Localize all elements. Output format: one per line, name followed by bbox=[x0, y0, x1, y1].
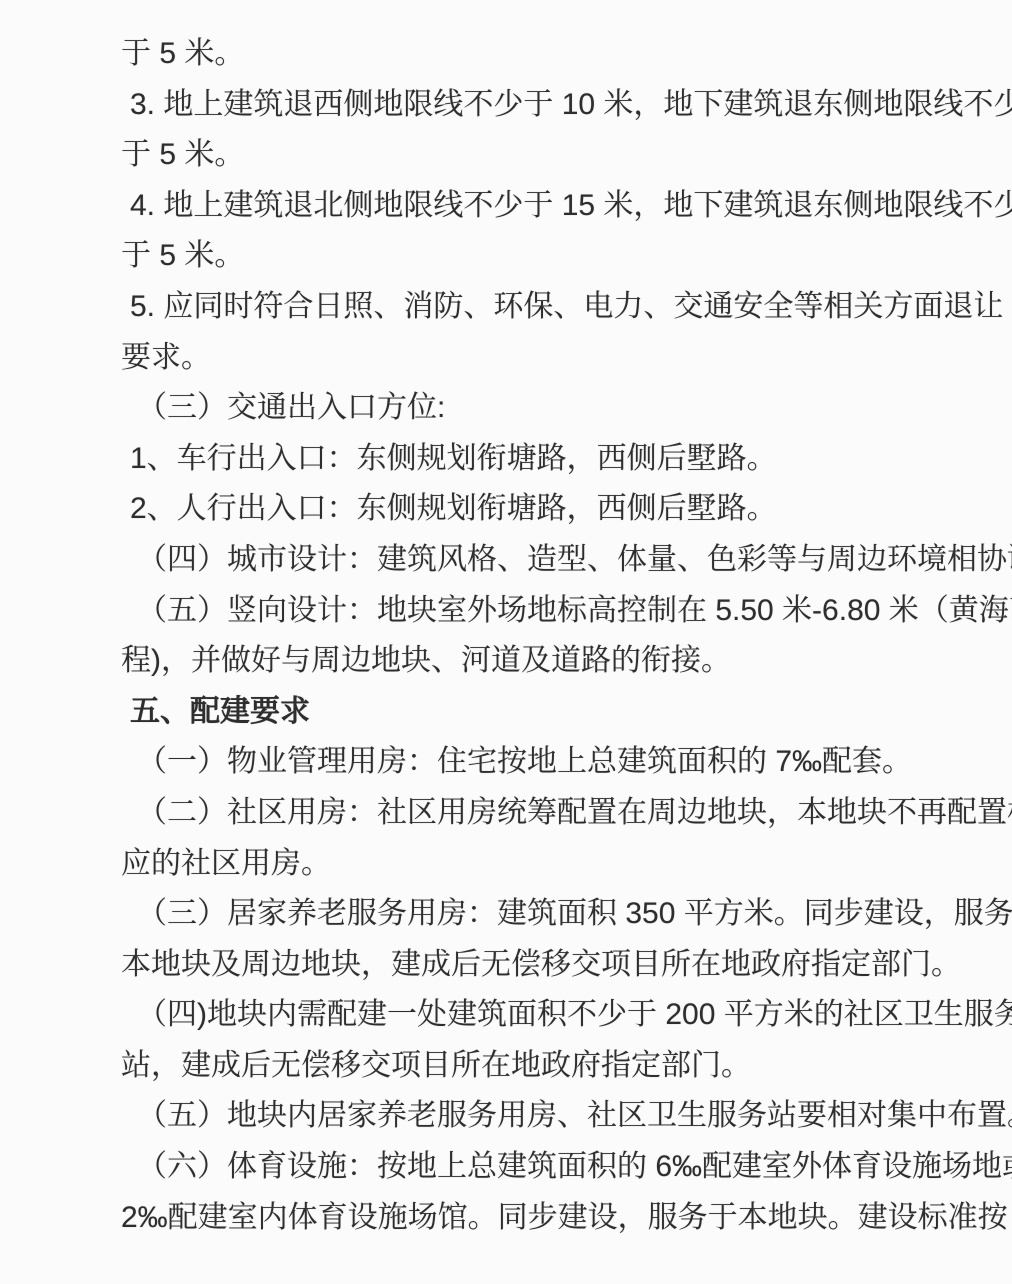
text-line: 程)，并做好与周边地块、河道及道路的衔接。 bbox=[0, 636, 1012, 687]
text-line: （六）体育设施：按地上总建筑面积的 6‰配建室外体育设施场地或 bbox=[0, 1142, 1012, 1193]
text-line: （五）竖向设计：地块室外场地标高控制在 5.50 米-6.80 米（黄海高 bbox=[0, 586, 1012, 637]
document-page: 于 5 米。3. 地上建筑退西侧地限线不少于 10 米，地下建筑退东侧地限线不少… bbox=[0, 0, 1012, 1284]
text-line: 应的社区用房。 bbox=[0, 839, 1012, 890]
text-line: 2‰配建室内体育设施场馆。同步建设，服务于本地块。建设标准按 bbox=[0, 1193, 1012, 1244]
text-line: 要求。 bbox=[0, 333, 1012, 384]
text-line: 5. 应同时符合日照、消防、环保、电力、交通安全等相关方面退让 bbox=[0, 282, 1012, 333]
text-line: （三）居家养老服务用房：建筑面积 350 平方米。同步建设，服务于 bbox=[0, 889, 1012, 940]
document-body: 于 5 米。3. 地上建筑退西侧地限线不少于 10 米，地下建筑退东侧地限线不少… bbox=[0, 29, 1012, 1243]
text-line: （四）城市设计：建筑风格、造型、体量、色彩等与周边环境相协调。 bbox=[0, 535, 1012, 586]
text-line: 1、车行出入口：东侧规划衔塘路，西侧后墅路。 bbox=[0, 434, 1012, 485]
text-line: 本地块及周边地块，建成后无偿移交项目所在地政府指定部门。 bbox=[0, 940, 1012, 991]
text-line: （四)地块内需配建一处建筑面积不少于 200 平方米的社区卫生服务 bbox=[0, 990, 1012, 1041]
text-line: （五）地块内居家养老服务用房、社区卫生服务站要相对集中布置。 bbox=[0, 1091, 1012, 1142]
text-line: 于 5 米。 bbox=[0, 231, 1012, 282]
text-line: 3. 地上建筑退西侧地限线不少于 10 米，地下建筑退东侧地限线不少 bbox=[0, 80, 1012, 131]
text-line: （一）物业管理用房：住宅按地上总建筑面积的 7‰配套。 bbox=[0, 737, 1012, 788]
text-line: 2、人行出入口：东侧规划衔塘路，西侧后墅路。 bbox=[0, 484, 1012, 535]
section-heading: 五、配建要求 bbox=[0, 687, 1012, 738]
text-line: 站，建成后无偿移交项目所在地政府指定部门。 bbox=[0, 1041, 1012, 1092]
text-line: 4. 地上建筑退北侧地限线不少于 15 米，地下建筑退东侧地限线不少 bbox=[0, 181, 1012, 232]
text-line: （三）交通出入口方位: bbox=[0, 383, 1012, 434]
text-line: （二）社区用房：社区用房统筹配置在周边地块，本地块不再配置相 bbox=[0, 788, 1012, 839]
text-line: 于 5 米。 bbox=[0, 130, 1012, 181]
text-line: 于 5 米。 bbox=[0, 29, 1012, 80]
